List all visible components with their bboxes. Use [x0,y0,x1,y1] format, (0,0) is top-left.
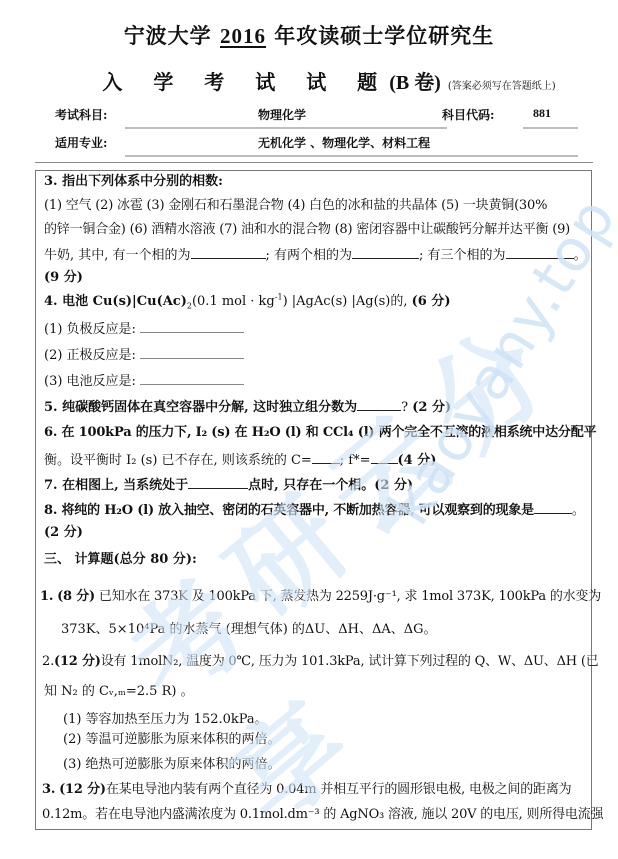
q4-item-1-label: (1) 负极反应是: [44,322,136,337]
c3-score: (12 分) [59,782,106,797]
q6-c-label: 衡。设平衡时 I₂ (s) 已不存在, 则该系统的 C= [44,453,312,468]
exam-subtitle: 入 学 考 试 试 题(B 卷) (答案必须写在答题纸上) [0,66,618,95]
q3-one-phase-blank[interactable] [191,246,266,259]
q3-two-phase-blank[interactable] [352,246,419,259]
q3-score: (9 分) [44,270,83,286]
q6-c-blank[interactable] [312,451,340,464]
c2-score: (12 分) [54,654,101,669]
c1-line1: 1. (8 分) 已知水在 373K 及 100kPa 下, 蒸发热为 2259… [40,589,601,605]
q3-three-phase-blank[interactable] [506,246,574,259]
q5-question-mark: ? [401,400,412,415]
q3-one-phase-label: 牛奶, 其中, 有一个相的为 [44,248,191,263]
q6-f-label: ; f*= [340,453,371,468]
q4-stem-b: (0.1 mol · kg [192,294,275,309]
q4-item-3: (3) 电池反应是: [44,372,244,390]
major-value: 无机化学 、物理化学、材料工程 [258,134,430,151]
q7-blank[interactable] [188,476,248,489]
q8-blank[interactable] [534,501,572,514]
q3-two-phase-label: ; 有两个相的为 [266,248,353,263]
q5-text: 5. 纯碳酸钙固体在真空容器中分解, 这时独立组分数为 [44,400,357,415]
c1-text: 已知水在 373K 及 100kPa 下, 蒸发热为 2259J·g⁻¹, 求 … [95,589,601,604]
q8-score: (2 分) [44,525,83,541]
q4-item-2-blank[interactable] [140,346,244,359]
subject-value: 物理化学 [258,106,306,123]
q3-line4: 牛奶, 其中, 有一个相的为; 有两个相的为; 有三个相的为。 [44,246,587,264]
q5-blank[interactable] [357,398,401,411]
q6-line2: 衡。设平衡时 I₂ (s) 已不存在, 则该系统的 C=; f*=(4 分) [44,451,436,469]
q3-line3: 的锌一铜合金) (6) 酒精水溶液 (7) 油和水的混合物 (8) 密闭容器中让… [44,222,570,238]
q6-f-blank[interactable] [371,451,398,464]
q4-sup: -1 [275,293,283,302]
major-label: 适用专业: [55,134,107,151]
c2-line2: 知 N₂ 的 Cᵥ,ₘ=2.5 R) 。 [44,684,194,700]
q8-period: 。 [572,503,585,518]
c1-line2: 373K、5×10⁴Pa 的水蒸气 (理想气体) 的ΔU、ΔH、ΔA、ΔG。 [61,622,437,638]
c1-score: (8 分) [57,589,95,604]
paper-version: (B 卷) [389,72,441,94]
c2-text: 设有 1molN₂, 温度为 0℃, 压力为 101.3kPa, 试计算下列过程… [101,654,599,669]
major-underline [125,155,578,157]
section-3-title: 三、 计算题(总分 80 分): [44,552,197,568]
q3-line2: (1) 空气 (2) 冰雹 (3) 金刚石和石墨混合物 (4) 白色的冰和盐的共… [44,198,547,214]
subject-underline [125,127,447,129]
code-underline [523,127,578,129]
question-box [35,170,592,830]
q4-item-1: (1) 负极反应是: [44,320,244,338]
q8-text: 8. 将纯的 H₂O (l) 放入抽空、密闭的石英容器中, 不断加热容器, 可以… [44,503,534,518]
q6-line1: 6. 在 100kPa 的压力下, I₂ (s) 在 H₂O (l) 和 CCl… [44,425,596,441]
q5: 5. 纯碳酸钙固体在真空容器中分解, 这时独立组分数为? (2 分) [44,398,451,416]
q4-stem-c: ) |AgAc(s) |Ag(s)的, [283,294,412,309]
header-divider [35,162,593,163]
q4-score: (6 分) [412,294,451,309]
subtitle-text: 入 学 考 试 试 题 [102,70,389,94]
code-value: 881 [533,106,551,121]
q5-score: (2 分) [412,400,451,415]
q7-text-b: 点时, 只存在一个相。 [248,478,374,493]
q4-stem-a: 4. 电池 Cu(s)|Cu(Ac) [44,294,187,309]
subject-label: 考试科目: [55,106,107,123]
q4-item-2-label: (2) 正极反应是: [44,348,136,363]
c1-number: 1. [40,589,53,604]
q4-item-3-label: (3) 电池反应是: [44,374,136,389]
c3-number: 3. [42,782,55,797]
c2-number: 2. [42,654,54,669]
exam-title: 宁波大学 2016 年攻读硕士学位研究生 [0,20,618,50]
title-suffix: 年攻读硕士学位研究生 [266,23,494,48]
c3-line2: 0.12m。若在电导池内盛满浓度为 0.1mol.dm⁻³ 的 AgNO₃ 溶液… [42,807,603,823]
c2-item-2: (2) 等温可逆膨胀为原来体积的两倍。 [63,732,281,748]
q4-item-2: (2) 正极反应是: [44,346,244,364]
c3-line1: 3. (12 分)在某电导池内装有两个直径为 0.04m 并相互平行的圆形银电极… [42,782,571,798]
q3-title: 3. 指出下列体系中分别的相数: [44,174,223,190]
q8: 8. 将纯的 H₂O (l) 放入抽空、密闭的石英容器中, 不断加热容器, 可以… [44,501,585,519]
q7-text-a: 7. 在相图上, 当系统处于 [44,478,188,493]
q6-score: (4 分) [398,453,437,468]
c2-item-3: (3) 绝热可逆膨胀为原来体积的两倍。 [63,757,281,773]
q7-score: (2 分) [374,478,413,493]
title-prefix: 宁波大学 [124,23,220,48]
c2-item-1: (1) 等容加热至压力为 152.0kPa。 [63,712,268,728]
q7: 7. 在相图上, 当系统处于点时, 只存在一个相。(2 分) [44,476,413,494]
c2-line1: 2.(12 分)设有 1molN₂, 温度为 0℃, 压力为 101.3kPa,… [42,654,599,670]
code-label: 科目代码: [442,106,494,123]
exam-year: 2016 [220,24,266,48]
c3-text: 在某电导池内装有两个直径为 0.04m 并相互平行的圆形银电极, 电极之间的距离… [106,782,572,797]
q3-three-phase-label: ; 有三个相的为 [419,248,506,263]
q3-period: 。 [574,248,587,263]
q4-item-3-blank[interactable] [140,372,244,385]
answer-note: (答案必须写在答题纸上) [448,81,556,92]
q4-item-1-blank[interactable] [140,320,244,333]
q4-stem: 4. 电池 Cu(s)|Cu(Ac)2(0.1 mol · kg-1) |AgA… [44,294,451,310]
